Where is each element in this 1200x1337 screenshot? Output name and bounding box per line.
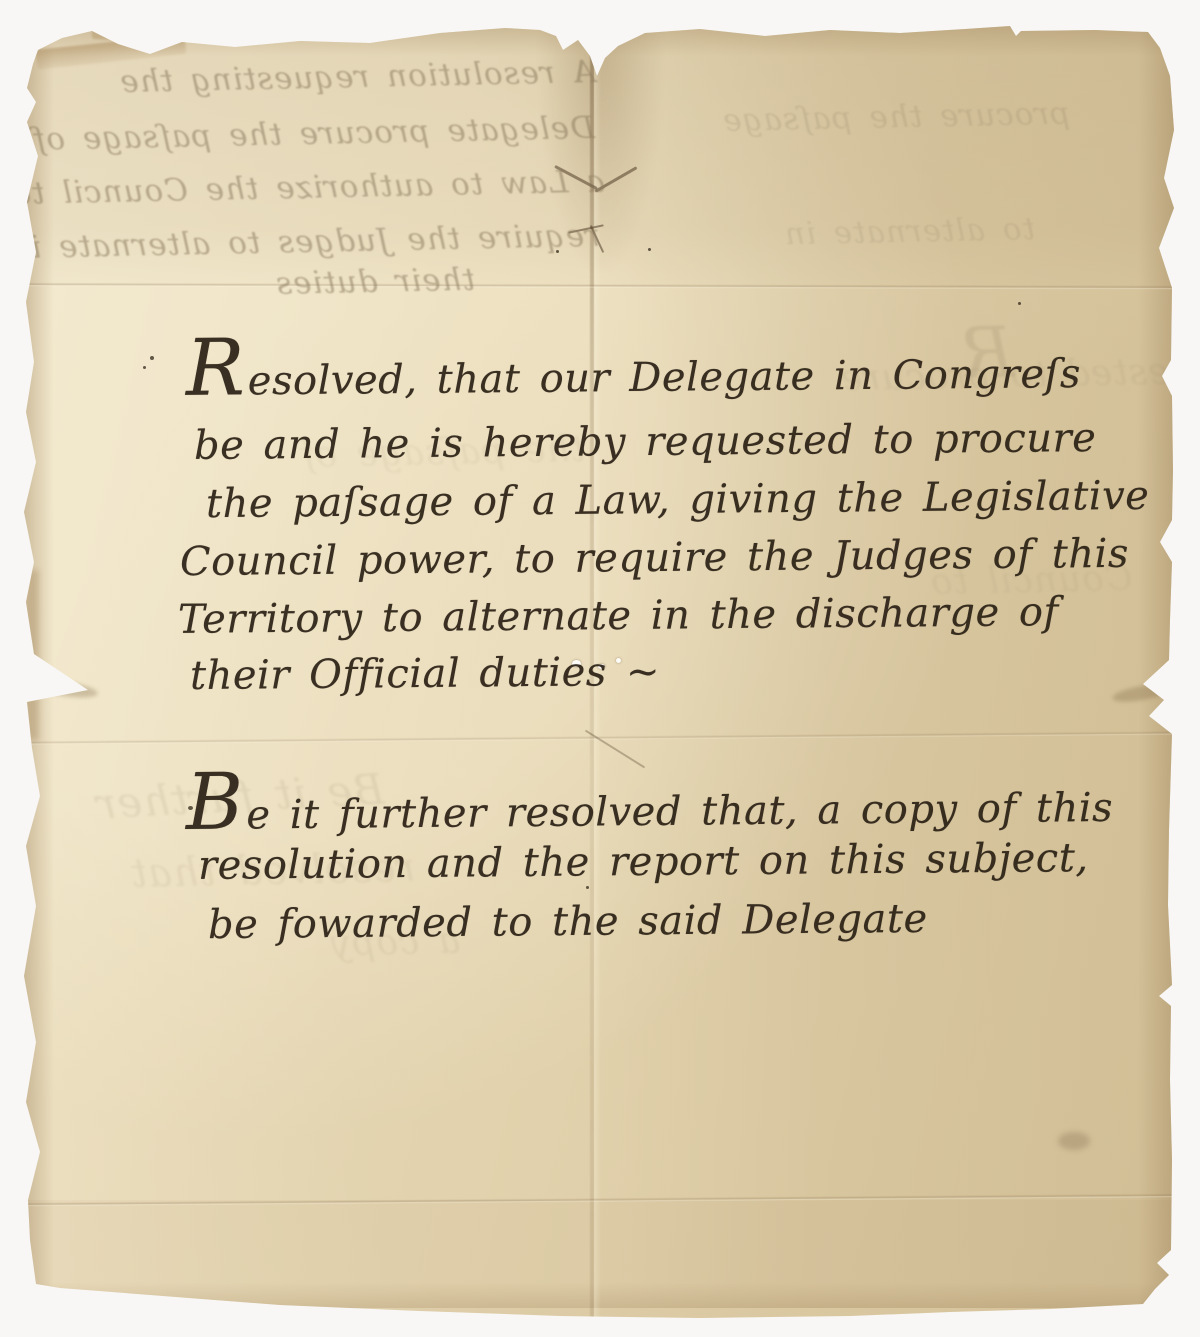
ink-speck: [648, 248, 651, 251]
manuscript-line: resolution and the report on this subjec…: [198, 836, 1089, 888]
manuscript-line: Resolved, that our Delegate in Congreſs: [186, 340, 1081, 404]
manuscript-line: Be it further resolved that, a copy of t…: [186, 774, 1113, 838]
manuscript-line: their Official duties ~: [190, 650, 660, 698]
ink-speck: [1018, 302, 1021, 305]
left-edge-stain: [26, 570, 39, 740]
manuscript-line: Territory to alternate in the discharge …: [178, 590, 1059, 642]
manuscript-line: be and he is hereby requested to procure: [194, 416, 1097, 468]
manuscript-line: the paſsage of a Law, giving the Legisla…: [206, 474, 1150, 526]
manuscript-line: be fowarded to the said Delegate: [208, 897, 928, 947]
ink-speck: [150, 356, 154, 360]
manuscript-line: Council power, to require the Judges of …: [180, 532, 1129, 584]
ink-smudge-stain: [1058, 1132, 1090, 1150]
bleedthrough-line: their duties: [255, 262, 476, 303]
ink-speck: [586, 886, 589, 889]
scan-background: A resolution requesting the Delegate pro…: [0, 0, 1200, 1337]
ink-speck: [143, 366, 146, 369]
manuscript-paper: A resolution requesting the Delegate pro…: [0, 0, 1200, 1337]
